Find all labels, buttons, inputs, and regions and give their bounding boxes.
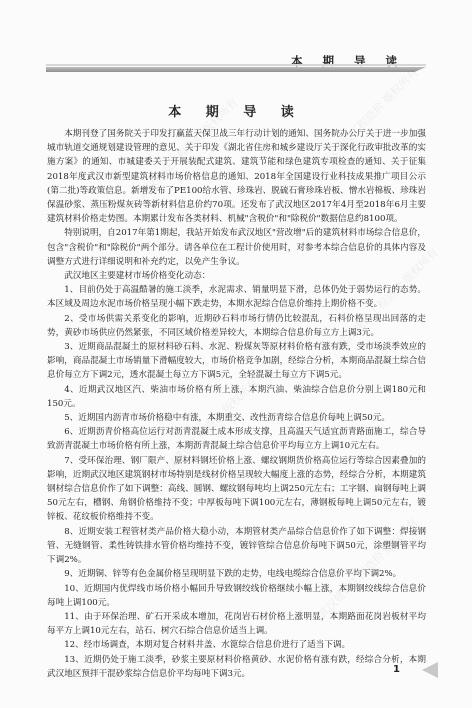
- paragraph-item-3: 3、近期商品混凝土的原材料砂石料、水泥、粉煤灰等原材料价格有涨有跌，受市场淡季效…: [47, 340, 426, 383]
- header-rule: [46, 64, 426, 74]
- paragraph-intro: 本期刊登了国务院关于印发打赢蓝天保卫战三年行动计划的通知、国务院办公厅关于进一步…: [47, 127, 426, 226]
- paragraph-item-1: 1、目前仍处于高温酷暑的施工淡季，水泥需求、销量明显下滑，总体仍处于弱势运行的态…: [47, 283, 426, 311]
- paragraph-item-10: 10、近期国内优焊线市场价格小幅回升导致钢绞线价格继续小幅上涨，本期钢绞线综合信…: [47, 582, 426, 610]
- paragraph-item-9: 9、近期铜、锌等有色金属价格呈现明显下跌的走势，电线电缆综合信息价平均下调2%。: [47, 567, 426, 581]
- page-number: 1: [393, 664, 400, 675]
- paragraph-section-heading: 武汉地区主要建材市场价格变化动态：: [47, 269, 426, 283]
- document-title: 本 期 导 读: [0, 101, 472, 120]
- paragraph-item-2: 2、受市场供需关系变化的影响，近期砂石料市场行情仍比较混乱，石料价格呈现出回落的…: [47, 312, 426, 340]
- paragraph-item-13: 13、近期仍处于施工淡季，砂浆主要原材料价格黄砂、水泥价格有涨有跌，经综合分析，…: [47, 653, 426, 681]
- paragraph-item-11: 11、由于环保治理、矿石开采成本增加，花岗岩石材价格上涨明显，本期路面花岗岩板材…: [47, 610, 426, 638]
- paragraph-item-7: 7、受环保治理、钢厂限产、原材料钢坯价格上涨、螺纹钢期货价格高位运行等综合因素叠…: [47, 454, 426, 525]
- paragraph-item-4: 4、近期武汉地区汽、柴油市场价格有所上涨，本期汽油、柴油综合信息价分别上调180…: [47, 383, 426, 411]
- page-arrow-icon: [422, 662, 438, 678]
- header-rule-bar: [46, 67, 426, 72]
- paragraph-item-5: 5、近期国内沥青市场价格稳中有涨，本期重交、改性沥青综合信息价每吨上调50元。: [47, 411, 426, 425]
- paragraph-item-8: 8、近期安装工程管材类产品价格大稳小动，本期管材类产品综合信息价作了如下调整：焊…: [47, 525, 426, 568]
- paragraph-item-6: 6、近期沥青价格高位运行对沥青混凝土成本形成支撑，且高温天气适宜沥青路面施工，综…: [47, 425, 426, 453]
- header-rule-top: [46, 64, 426, 66]
- document-body: 本期刊登了国务院关于印发打赢蓝天保卫战三年行动计划的通知、国务院办公厅关于进一步…: [47, 127, 426, 681]
- paragraph-special-note: 特别说明，自2017年第1期起，我站开始发布武汉地区"营改增"后的建筑材料市场综…: [47, 226, 426, 269]
- paragraph-item-12: 12、经市场调查，本期对复合材料井盖、水篦综合信息价进行了适当下调。: [47, 638, 426, 652]
